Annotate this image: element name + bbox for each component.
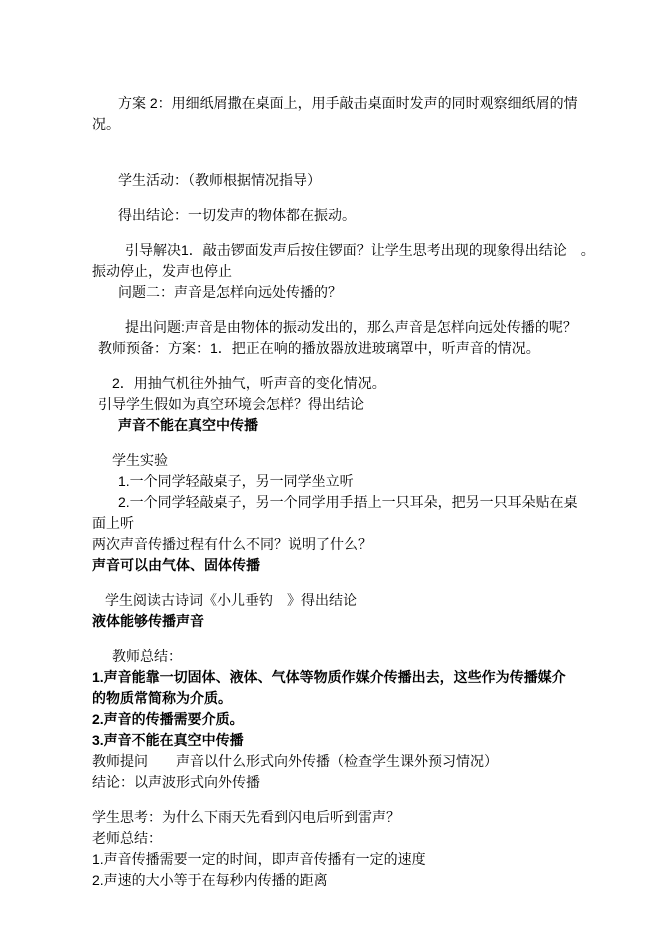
doc-line: 得出结论：一切发声的物体都在振动。 <box>118 205 603 226</box>
doc-line: 两次声音传播过程有什么不同？说明了什么？ <box>92 534 603 555</box>
doc-line: 老师总结： <box>92 828 603 849</box>
doc-line: 问题二：声音是怎样向远处传播的？ <box>118 282 603 303</box>
doc-line-conclusion: 声音不能在真空中传播 <box>118 415 603 436</box>
doc-line: 况。 <box>92 114 603 135</box>
doc-line: 学生阅读古诗词《小儿垂钓 》得出结论 <box>105 590 603 611</box>
doc-line: 2.一个同学轻敲桌子，另一个同学用手捂上一只耳朵，把另一只耳朵贴在桌 <box>118 492 603 513</box>
doc-line: 教师预备：方案：1．把正在响的播放器放进玻璃罩中，听声音的情况。 <box>98 338 603 359</box>
doc-line-summary: 3.声音不能在真空中传播 <box>92 730 603 751</box>
doc-line-summary: 的物质常简称为介质。 <box>92 688 603 709</box>
doc-line: 学生思考：为什么下雨天先看到闪电后听到雷声？ <box>92 807 603 828</box>
doc-line-conclusion: 液体能够传播声音 <box>92 611 603 632</box>
doc-line: 教师提问 声音以什么形式向外传播（检查学生课外预习情况） <box>92 751 603 772</box>
doc-line: 引导解决1．敲击锣面发声后按住锣面？让学生思考出现的现象得出结论 。 <box>125 240 603 261</box>
doc-line-summary: 2.声音的传播需要介质。 <box>92 709 603 730</box>
doc-line: 教师总结： <box>112 646 603 667</box>
doc-line: 2.声速的大小等于在每秒内传播的距离 <box>92 870 603 891</box>
doc-line-conclusion: 声音可以由气体、固体传播 <box>92 555 603 576</box>
doc-line: 1.声音传播需要一定的时间，即声音传播有一定的速度 <box>92 849 603 870</box>
doc-line: 振动停止，发声也停止 <box>92 261 603 282</box>
doc-line: 结论：以声波形式向外传播 <box>92 772 603 793</box>
doc-line-summary: 1.声音能靠一切固体、液体、气体等物质作媒介传播出去，这些作为传播媒介 <box>92 667 603 688</box>
doc-line: 学生活动：（教师根据情况指导） <box>118 170 603 191</box>
doc-line: 学生实验 <box>112 450 603 471</box>
doc-line: 提出问题:声音是由物体的振动发出的，那么声音是怎样向远处传播的呢？ <box>125 317 603 338</box>
doc-line: 引导学生假如为真空环境会怎样？得出结论 <box>98 394 603 415</box>
doc-line: 面上听 <box>92 513 603 534</box>
doc-line: 1.一个同学轻敲桌子，另一同学坐立听 <box>118 471 603 492</box>
doc-line: 方案 2：用细纸屑撒在桌面上，用手敲击桌面时发声的同时观察细纸屑的情 <box>118 93 603 114</box>
document-page: 方案 2：用细纸屑撒在桌面上，用手敲击桌面时发声的同时观察细纸屑的情 况。 学生… <box>0 0 661 935</box>
doc-line: 2．用抽气机往外抽气，听声音的变化情况。 <box>112 373 603 394</box>
